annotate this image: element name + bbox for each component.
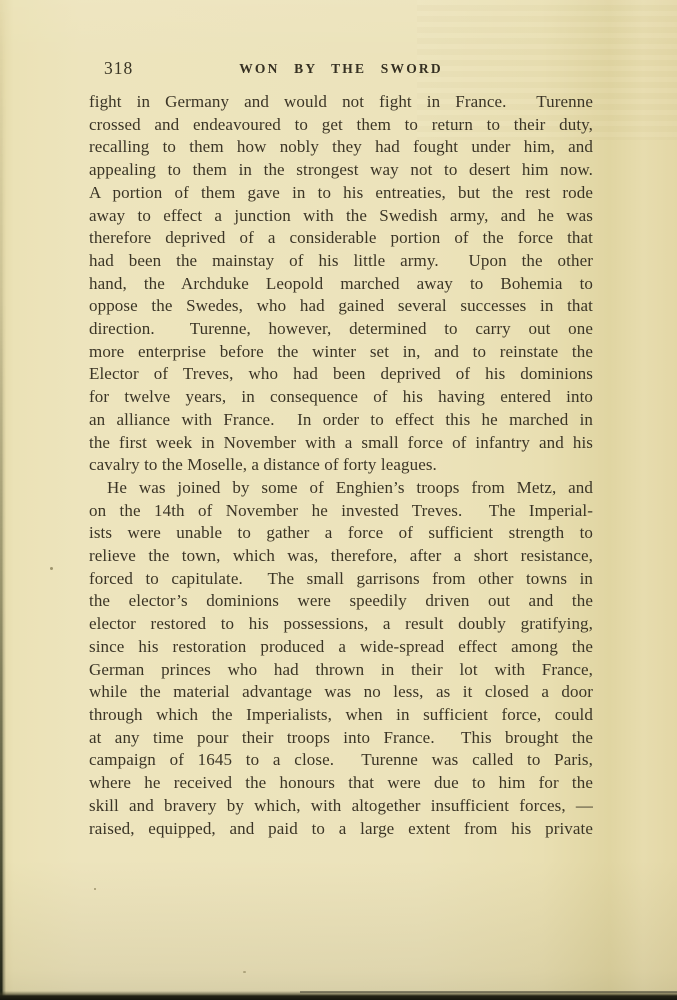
text-line: elector restored to his possessions, a r… — [89, 613, 593, 636]
text-line: while the material advantage was no less… — [89, 681, 593, 704]
text-line: crossed and endeavoured to get them to r… — [89, 114, 593, 137]
text-line: relieve the town, which was, therefore, … — [89, 545, 593, 568]
text-line: skill and bravery by which, with altoget… — [89, 795, 593, 818]
page-bottom-edge — [0, 991, 677, 1000]
page-left-edge — [0, 0, 6, 1000]
text-line: He was joined by some of Enghien’s troop… — [89, 477, 593, 500]
text-line: forced to capitulate. The small garrison… — [89, 568, 593, 591]
text-line: for twelve years, in consequence of his … — [89, 386, 593, 409]
page-header: 318 WON BY THE SWORD — [89, 58, 593, 80]
text-line: fight in Germany and would not fight in … — [89, 91, 593, 114]
text-line: through which the Imperialists, when in … — [89, 704, 593, 727]
text-line: on the 14th of November he invested Trev… — [89, 500, 593, 523]
text-line: direction. Turenne, however, determined … — [89, 318, 593, 341]
text-line: appealing to them in the strongest way n… — [89, 159, 593, 182]
text-line: an alliance with France. In order to eff… — [89, 409, 593, 432]
text-line: the first week in November with a small … — [89, 432, 593, 455]
text-line: German princes who had thrown in their l… — [89, 659, 593, 682]
running-title: WON BY THE SWORD — [89, 61, 593, 77]
dust-speck — [50, 567, 53, 570]
text-line: campaign of 1645 to a close. Turenne was… — [89, 749, 593, 772]
text-line: where he received the honours that were … — [89, 772, 593, 795]
text-line: cavalry to the Moselle, a distance of fo… — [89, 454, 593, 477]
text-line: oppose the Swedes, who had gained severa… — [89, 295, 593, 318]
text-line: hand, the Archduke Leopold marched away … — [89, 273, 593, 296]
text-block: fight in Germany and would not fight in … — [89, 91, 593, 840]
text-line: A portion of them gave in to his entreat… — [89, 182, 593, 205]
text-line: away to effect a junction with the Swedi… — [89, 205, 593, 228]
dust-speck — [94, 888, 96, 890]
text-line: Elector of Treves, who had been deprived… — [89, 363, 593, 386]
text-line: since his restoration produced a wide-sp… — [89, 636, 593, 659]
text-line: had been the mainstay of his little army… — [89, 250, 593, 273]
text-line: more enterprise before the winter set in… — [89, 341, 593, 364]
text-line: recalling to them how nobly they had fou… — [89, 136, 593, 159]
text-line: at any time pour their troops into Franc… — [89, 727, 593, 750]
text-line: raised, equipped, and paid to a large ex… — [89, 818, 593, 841]
book-page-scan: 318 WON BY THE SWORD fight in Germany an… — [0, 0, 677, 1000]
text-line: ists were unable to gather a force of su… — [89, 522, 593, 545]
text-line: therefore deprived of a considerable por… — [89, 227, 593, 250]
dust-speck — [243, 971, 246, 973]
text-line: the elector’s dominions were speedily dr… — [89, 590, 593, 613]
